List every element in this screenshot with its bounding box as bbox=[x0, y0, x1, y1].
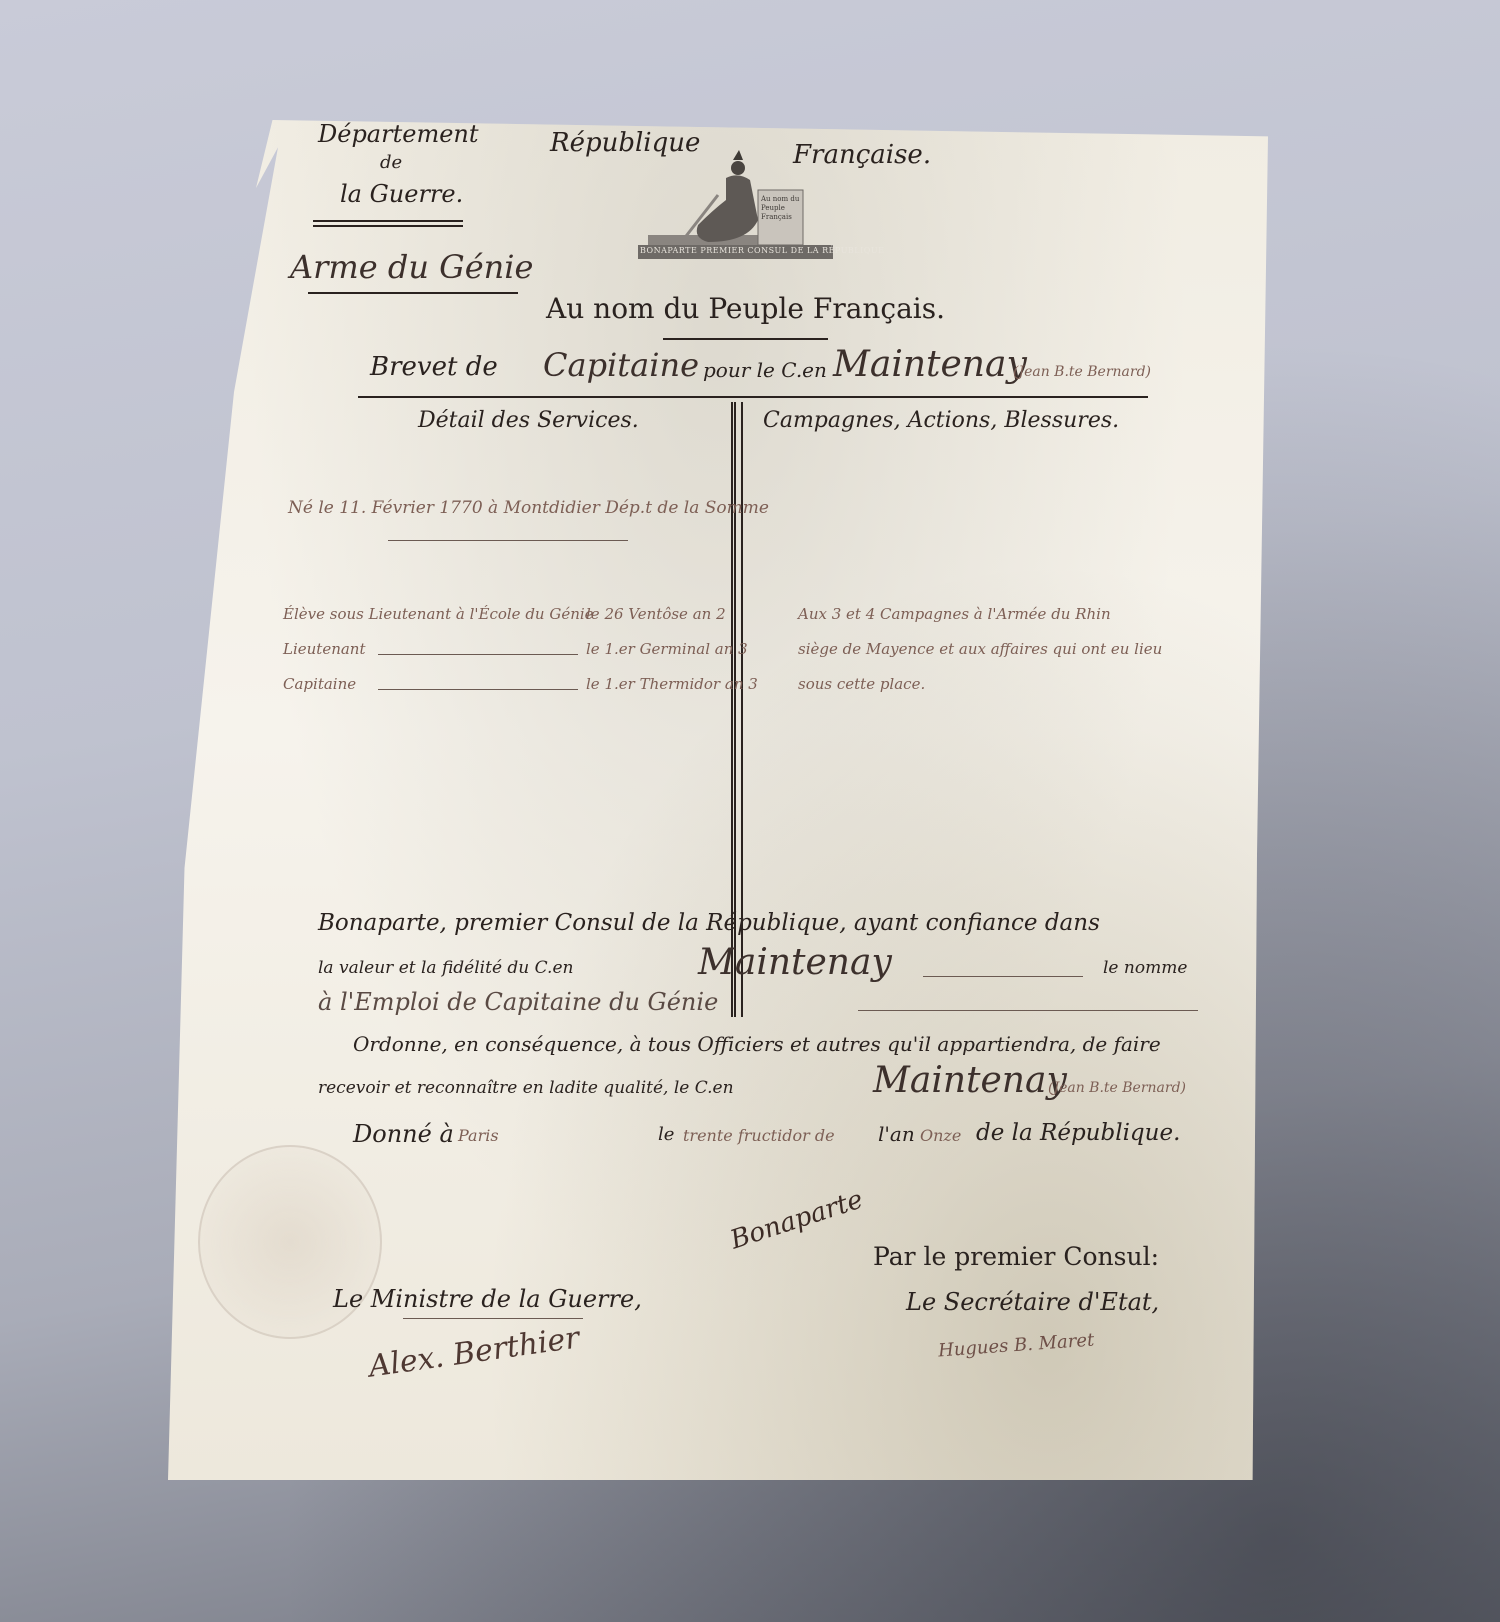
title-prefix: Brevet de bbox=[370, 352, 498, 382]
header-rule-1 bbox=[313, 220, 463, 222]
body-line-2-suffix: le nomme bbox=[1103, 958, 1187, 978]
title-given-names: (Jean B.te Bernard) bbox=[1013, 364, 1151, 380]
service-date-1: le 26 Ventôse an 2 bbox=[586, 605, 726, 623]
document-sheet: Département de la Guerre. République Fra… bbox=[168, 120, 1268, 1480]
title-brace-rule bbox=[358, 396, 1148, 398]
service-rule-3 bbox=[378, 689, 578, 690]
arm-label: Arme du Génie bbox=[290, 248, 533, 286]
given-year: Onze bbox=[920, 1126, 961, 1145]
minister-rule bbox=[403, 1318, 583, 1319]
header-rule-2 bbox=[313, 225, 463, 227]
invocation-rule bbox=[663, 338, 828, 340]
body-line-5-given: (Jean B.te Bernard) bbox=[1048, 1080, 1186, 1096]
body-line-2-rule bbox=[923, 976, 1083, 977]
service-date-2: le 1.er Germinal an 3 bbox=[586, 640, 748, 658]
left-column-heading: Détail des Services. bbox=[418, 408, 639, 433]
title-for: pour le C.en bbox=[703, 358, 827, 382]
secretary-title: Le Secrétaire d'Etat, bbox=[906, 1288, 1159, 1316]
given-suffix: de la République. bbox=[976, 1120, 1180, 1146]
department-line3: la Guerre. bbox=[340, 180, 463, 208]
body-line-2-prefix: la valeur et la fidélité du C.en bbox=[318, 958, 573, 978]
body-line-3-rule bbox=[858, 1010, 1198, 1011]
arm-rule bbox=[308, 292, 518, 294]
campaign-line-3: sous cette place. bbox=[798, 675, 925, 693]
campaign-line-2: siège de Mayence et aux affaires qui ont… bbox=[798, 640, 1162, 658]
minister-title: Le Ministre de la Guerre, bbox=[333, 1285, 642, 1313]
body-line-3: à l'Emploi de Capitaine du Génie bbox=[318, 988, 718, 1016]
department-line1: Département bbox=[318, 120, 479, 148]
given-label: Donné à bbox=[353, 1120, 454, 1148]
vignette-tablet-text: Au nom du Peuple Français bbox=[761, 195, 801, 222]
body-line-1: Bonaparte, premier Consul de la Républiq… bbox=[318, 910, 1100, 936]
given-date: trente fructidor de bbox=[683, 1126, 835, 1145]
given-date-prefix: le bbox=[658, 1124, 674, 1145]
body-line-4: Ordonne, en conséquence, à tous Officier… bbox=[353, 1032, 1161, 1056]
title-rank: Capitaine bbox=[543, 346, 699, 384]
body-line-2-name: Maintenay bbox=[698, 942, 892, 983]
vignette-caption: BONAPARTE PREMIER CONSUL DE LA RÉPUBLIQU… bbox=[640, 246, 884, 255]
body-line-5-prefix: recevoir et reconnaître en ladite qualit… bbox=[318, 1078, 734, 1098]
right-column-heading: Campagnes, Actions, Blessures. bbox=[763, 408, 1119, 433]
first-consul-signature: Bonaparte bbox=[727, 1185, 867, 1256]
service-rule-2 bbox=[378, 654, 578, 655]
service-rank-3: Capitaine bbox=[283, 675, 356, 693]
secretary-signature: Hugues B. Maret bbox=[937, 1330, 1094, 1362]
minister-signature: Alex. Berthier bbox=[367, 1320, 582, 1384]
service-rank-1: Élève sous Lieutenant à l'École du Génie bbox=[283, 605, 594, 623]
service-date-3: le 1.er Thermidor an 3 bbox=[586, 675, 758, 693]
body-line-5-name: Maintenay bbox=[873, 1060, 1067, 1101]
invocation: Au nom du Peuple Français. bbox=[546, 292, 945, 325]
service-rank-2: Lieutenant bbox=[283, 640, 366, 658]
title-surname: Maintenay bbox=[833, 344, 1027, 385]
birth-record: Né le 11. Février 1770 à Montdidier Dép.… bbox=[288, 498, 769, 518]
given-year-prefix: l'an bbox=[878, 1122, 915, 1146]
republic-vignette: Au nom du Peuple Français BONAPARTE PREM… bbox=[638, 150, 833, 270]
department-line2: de bbox=[380, 152, 402, 173]
given-place: Paris bbox=[458, 1126, 499, 1145]
campaign-line-1: Aux 3 et 4 Campagnes à l'Armée du Rhin bbox=[798, 605, 1111, 623]
par-le-premier-consul: Par le premier Consul: bbox=[873, 1242, 1159, 1271]
birth-rule bbox=[388, 540, 628, 541]
